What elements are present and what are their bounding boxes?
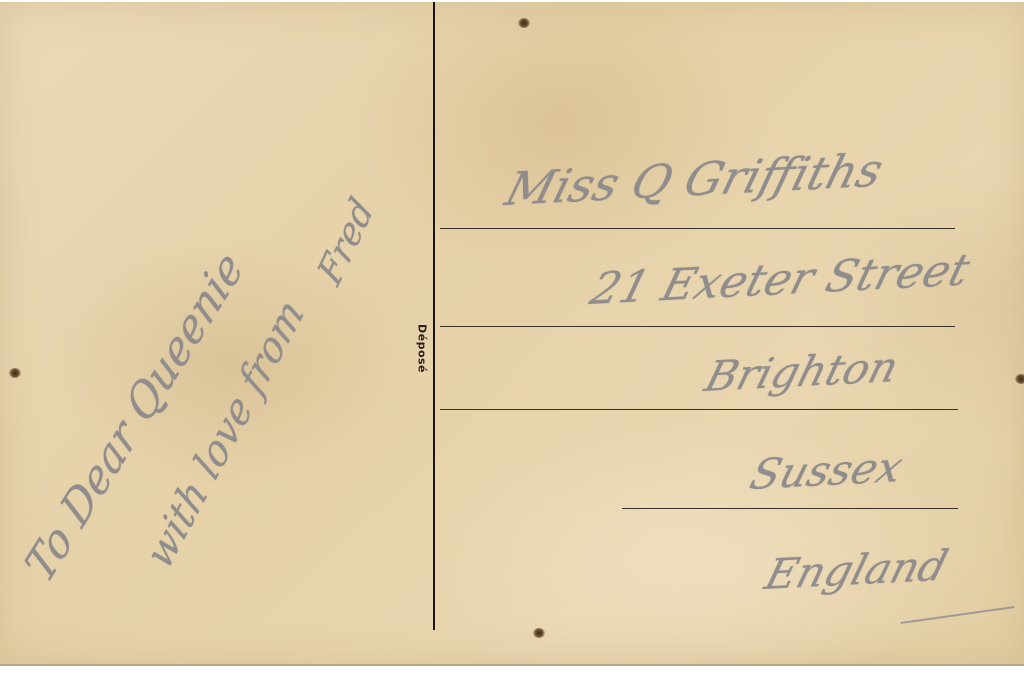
pin-hole-left: [9, 368, 21, 378]
address-rule-3: [440, 409, 958, 410]
address-line-county: Sussex: [745, 442, 908, 499]
pin-hole-top: [518, 18, 530, 28]
address-line-town: Brighton: [700, 342, 904, 401]
address-rule-1: [440, 228, 955, 229]
address-rule-4: [622, 508, 958, 509]
pin-hole-right: [1015, 374, 1024, 384]
address-rule-2: [440, 326, 955, 327]
address-line-name: Miss Q Griffiths: [500, 143, 889, 216]
address-line-country: England: [760, 541, 953, 599]
postcard-back: Déposé Miss Q Griffiths 21 Exeter Street…: [0, 2, 1024, 666]
pin-hole-bottom: [533, 628, 545, 638]
message-line-3: Fred: [311, 191, 382, 293]
center-divider-line: [433, 2, 435, 630]
underline-flourish: [900, 606, 1014, 624]
publisher-imprint: Déposé: [416, 319, 429, 379]
address-line-street: 21 Exeter Street: [585, 245, 975, 315]
